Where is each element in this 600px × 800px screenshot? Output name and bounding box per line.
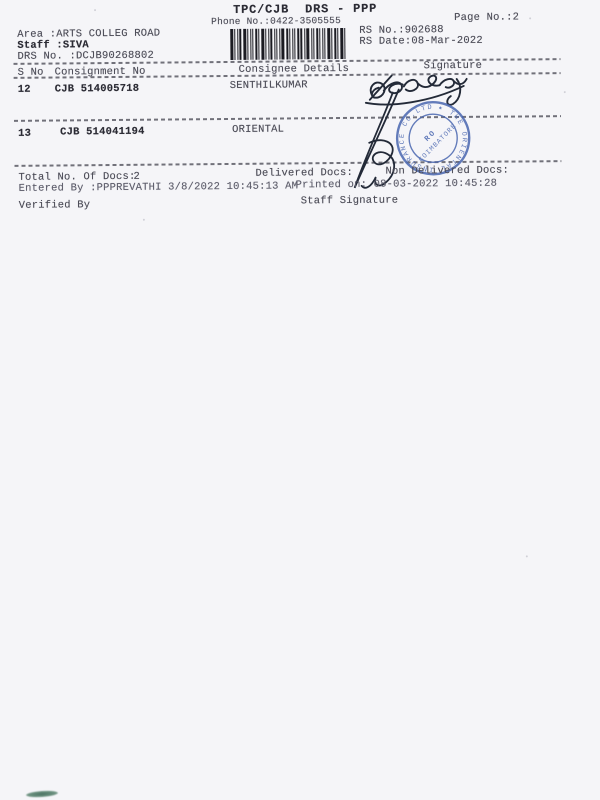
verified-by-label: Verified By: [19, 199, 91, 212]
row-consignee: ORIENTAL: [232, 124, 284, 137]
phone-number: Phone No.:0422-3505555: [211, 15, 341, 28]
row-s-no: 12: [18, 84, 31, 97]
scan-speck: [526, 555, 528, 557]
col-header-consignee: Consignee Details: [239, 63, 350, 77]
scan-speck: [529, 17, 531, 19]
barcode: [230, 28, 352, 60]
col-header-consignment: Consignment No: [55, 66, 146, 79]
row-consignment: CJB 514005718: [55, 83, 140, 96]
staff-signature-label: Staff Signature: [301, 195, 399, 208]
document-content: TPC/CJB DRS - PPP Phone No.:0422-3505555…: [0, 0, 600, 800]
row-consignment: CJB 514041194: [60, 126, 145, 139]
page-number: Page No.:2: [454, 11, 519, 24]
scan-speck: [94, 9, 96, 11]
col-header-s-no: S No: [18, 67, 44, 80]
row-s-no: 13: [18, 128, 31, 141]
non-delivered-docs-label: Non Delivered Docs:: [385, 165, 509, 179]
scanned-delivery-run-sheet: TPC/CJB DRS - PPP Phone No.:0422-3505555…: [0, 0, 600, 800]
printed-on-line: Printed on: 08-03-2022 10:45:28: [296, 178, 498, 192]
scan-speck: [564, 91, 566, 93]
entered-by-line: Entered By :PPPREVATHI 3/8/2022 10:45:13…: [19, 180, 299, 195]
scan-speck: [143, 219, 145, 221]
rs-date: RS Date:08-Mar-2022: [359, 35, 483, 49]
row-consignee: SENTHILKUMAR: [230, 79, 308, 92]
divider: [14, 115, 561, 122]
